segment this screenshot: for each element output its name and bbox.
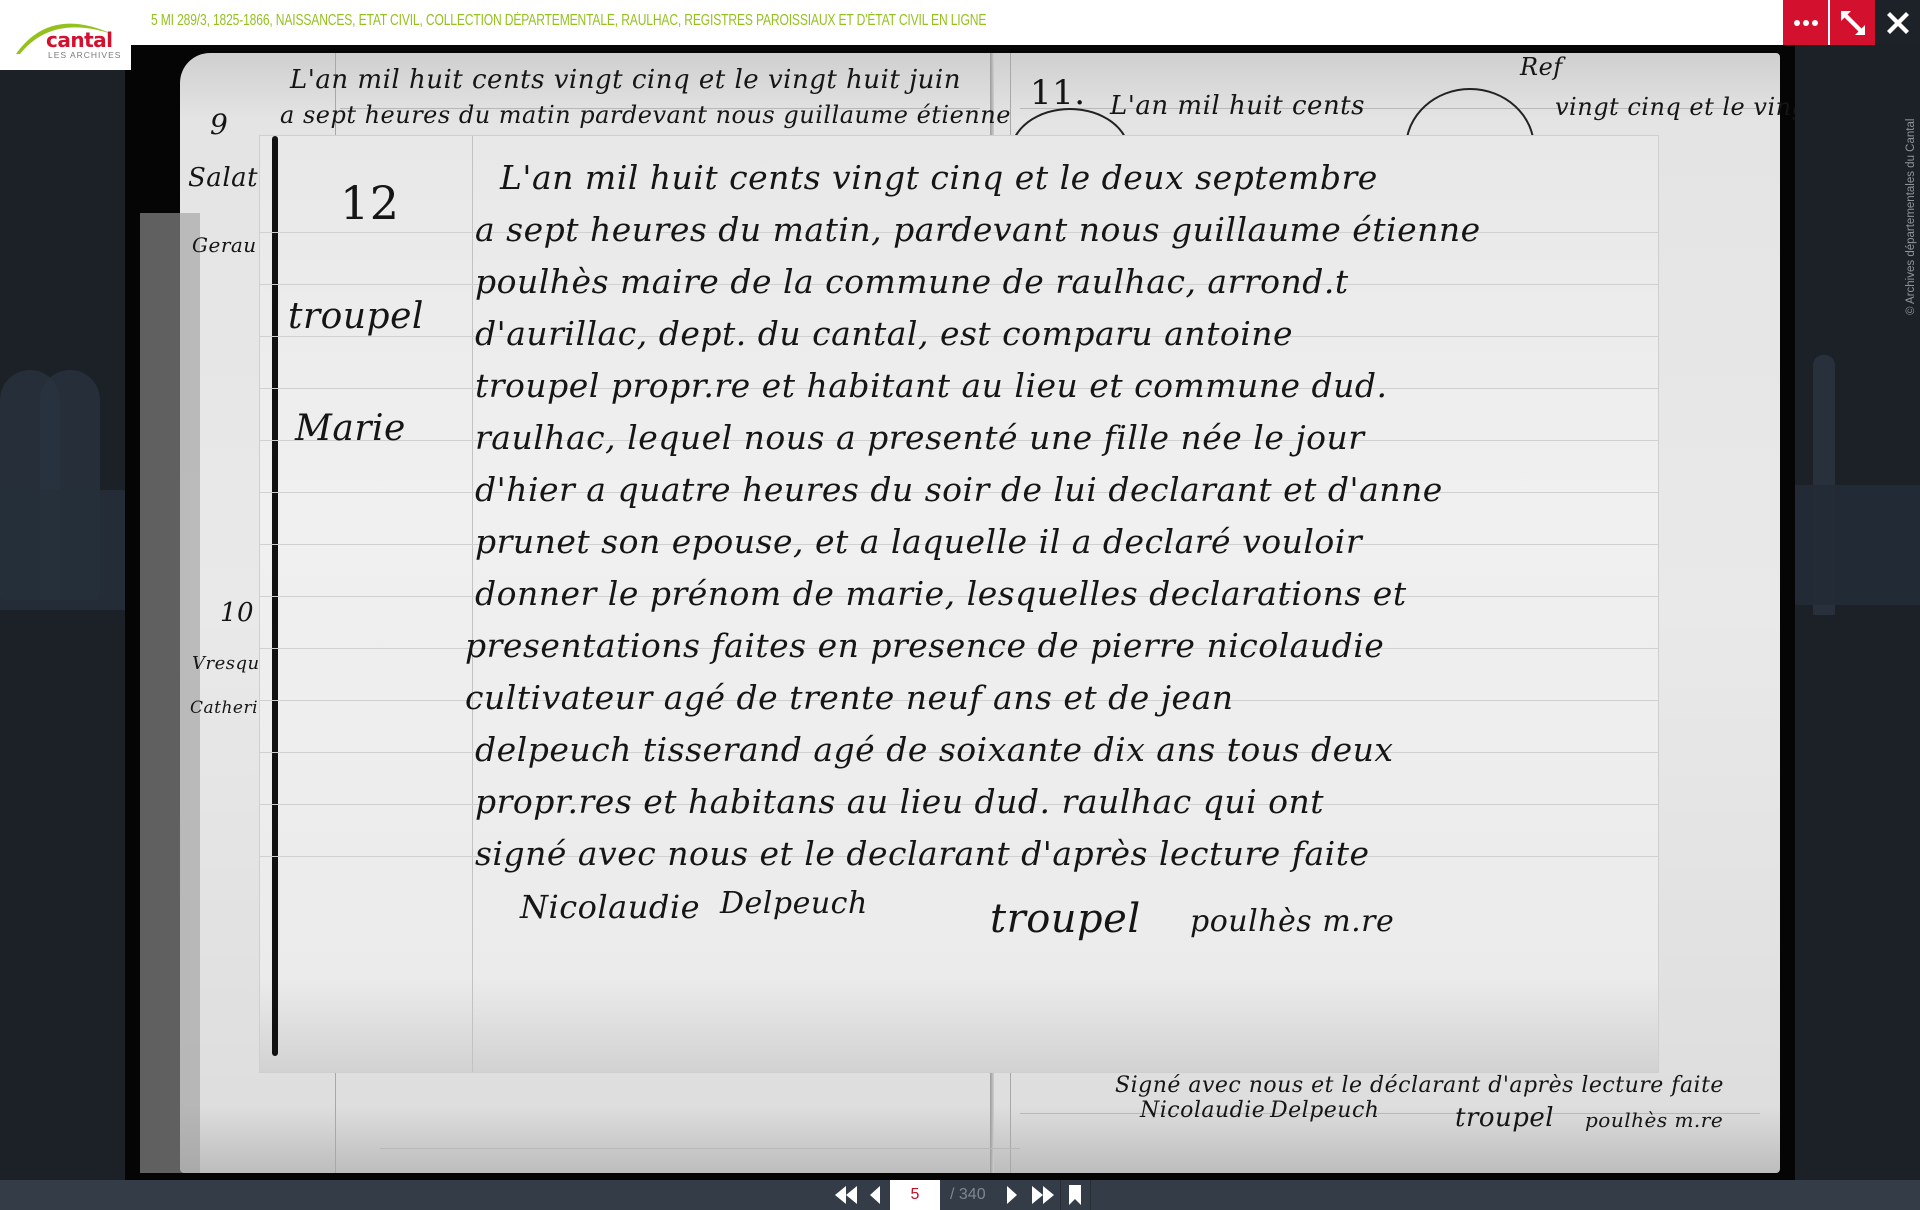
- background-illustration-right: [1795, 45, 1920, 1180]
- entry-number: 11.: [1030, 73, 1086, 113]
- corner-mark: Ref: [1520, 53, 1563, 81]
- cantal-archives-logo[interactable]: cantal LES ARCHIVES: [0, 0, 131, 70]
- handwritten-line: a sept heures du matin pardevant nous gu…: [280, 101, 1011, 129]
- first-page-button[interactable]: [832, 1180, 860, 1210]
- entry-surname: Salat: [188, 163, 258, 193]
- entry-number: 12: [340, 176, 400, 230]
- signature: poulhès m.re: [1190, 904, 1394, 939]
- handwritten-line: cultivateur agé de trente neuf ans et de…: [465, 678, 1234, 717]
- header-bar: 5 MI 289/3, 1825-1866, NAISSANCES, ETAT …: [0, 0, 1920, 45]
- double-chevron-left-icon: [834, 1186, 858, 1204]
- entry-given-name: Gerau: [192, 233, 257, 257]
- signature: troupel: [990, 896, 1141, 942]
- handwritten-line: poulhès maire de la commune de raulhac, …: [475, 262, 1349, 301]
- document-title: 5 MI 289/3, 1825-1866, NAISSANCES, ETAT …: [151, 12, 986, 30]
- handwritten-line: L'an mil huit cents: [1110, 91, 1365, 121]
- signature: poulhès m.re: [1585, 1108, 1723, 1132]
- handwritten-line: L'an mil huit cents vingt cinq et le deu…: [500, 158, 1378, 197]
- handwritten-line: vingt cinq et le vingt: [1555, 93, 1795, 121]
- signature: Nicolaudie: [520, 888, 700, 926]
- handwritten-line: a sept heures du matin, pardevant nous g…: [475, 210, 1481, 249]
- margin-given-name: Marie: [295, 408, 406, 449]
- expand-arrows-icon: [1839, 9, 1867, 37]
- signature: Delpeuch: [720, 886, 868, 921]
- magnifier-lens[interactable]: 12 troupel Marie L'an mil huit cents vin…: [260, 136, 1658, 1072]
- chevron-left-icon: [869, 1186, 881, 1204]
- close-viewer-button[interactable]: [1875, 0, 1920, 45]
- handwritten-line: L'an mil huit cents vingt cinq et le vin…: [290, 65, 961, 95]
- handwritten-line: prunet son epouse, et a laquelle il a de…: [475, 522, 1362, 561]
- page-total: / 340: [950, 1186, 986, 1204]
- background-illustration-left: [0, 70, 125, 1180]
- handwritten-line: troupel propr.re et habitant au lieu et …: [475, 366, 1388, 405]
- last-page-button[interactable]: [1029, 1180, 1057, 1210]
- handwritten-line: signé avec nous et le declarant d'après …: [475, 834, 1370, 873]
- entry-surname: Vresqu: [192, 653, 260, 674]
- bookmark-icon: [1069, 1185, 1081, 1205]
- ellipsis-icon: [1794, 20, 1818, 26]
- entry-number: 9: [210, 108, 228, 141]
- signature: troupel: [1455, 1103, 1554, 1133]
- entry-number: 10: [220, 598, 254, 628]
- handwritten-line: propr.res et habitans au lieu dud. raulh…: [475, 782, 1324, 821]
- copyright-notice: © Archives départementales du Cantal: [1905, 119, 1917, 315]
- handwritten-line: raulhac, lequel nous a presenté une fill…: [475, 418, 1365, 457]
- handwritten-line: Signé avec nous et le déclarant d'après …: [1115, 1073, 1724, 1098]
- signature: Delpeuch: [1270, 1098, 1379, 1123]
- pagination-bar: / 340: [0, 1180, 1920, 1210]
- logo-brand: cantal: [46, 28, 113, 52]
- previous-page-button[interactable]: [866, 1180, 884, 1210]
- margin-surname: troupel: [288, 296, 424, 337]
- signature: Nicolaudie: [1140, 1098, 1265, 1123]
- separator: [1060, 1180, 1061, 1210]
- handwritten-line: donner le prénom de marie, lesquelles de…: [475, 574, 1407, 613]
- handwritten-line: presentations faites en presence de pier…: [465, 626, 1384, 665]
- separator: [1090, 1180, 1091, 1210]
- handwritten-line: delpeuch tisserand agé de soixante dix a…: [475, 730, 1393, 769]
- fullscreen-button[interactable]: [1830, 0, 1875, 45]
- bookmark-button[interactable]: [1064, 1180, 1086, 1210]
- next-page-button[interactable]: [1003, 1180, 1021, 1210]
- double-chevron-right-icon: [1031, 1186, 1055, 1204]
- logo-subtitle: LES ARCHIVES: [48, 50, 121, 60]
- more-options-button[interactable]: [1783, 0, 1828, 45]
- chevron-right-icon: [1006, 1186, 1018, 1204]
- close-icon: [1886, 11, 1910, 35]
- page-number-input[interactable]: [890, 1180, 940, 1210]
- handwritten-line: d'hier a quatre heures du soir de lui de…: [475, 470, 1443, 509]
- handwritten-line: d'aurillac, dept. du cantal, est comparu…: [475, 314, 1293, 353]
